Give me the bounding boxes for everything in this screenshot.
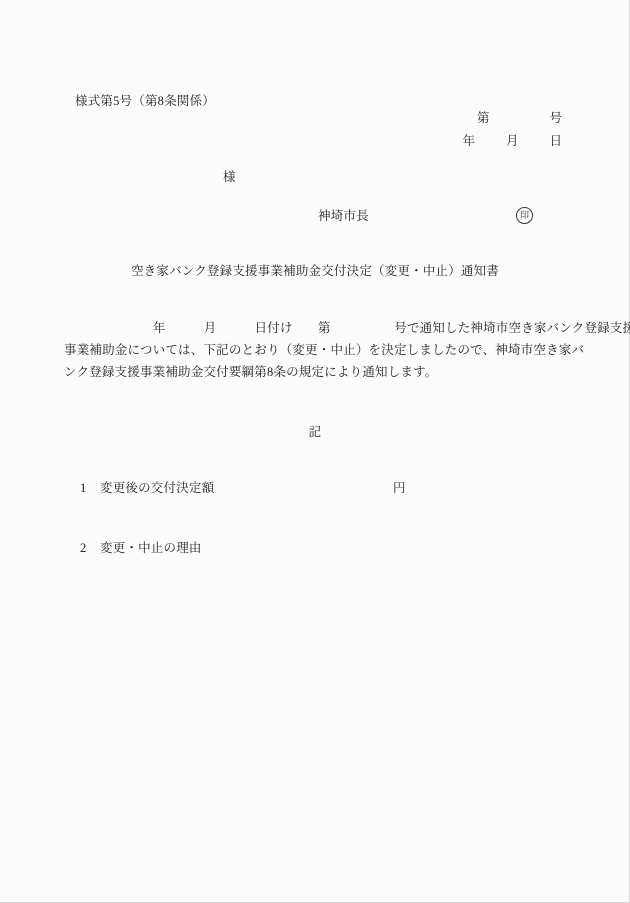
body-paragraph-line: 事業補助金については、下記のとおり（変更・中止）を決定しましたので、神埼市空き家… <box>64 342 584 358</box>
body-paragraph-line: 年 月 日付け 第 号で通知した神埼市空き家バンク登録支援 <box>64 320 630 336</box>
form-number-label: 様式第5号（第8条関係） <box>75 93 215 109</box>
item-number: 1 <box>80 480 86 496</box>
seal-mark-icon: 印 <box>516 207 533 224</box>
document-page: 様式第5号（第8条関係） 第 号 年 月 日 様 神埼市長 印 空き家バンク登録… <box>0 0 630 903</box>
item-label: 変更・中止の理由 <box>100 540 202 556</box>
document-date-line: 年 月 日 <box>462 133 564 149</box>
addressee-honorific: 様 <box>223 169 236 185</box>
body-paragraph-line: ンク登録支援事業補助金交付要綱第8条の規定により通知します。 <box>64 364 438 380</box>
document-number-line: 第 号 <box>477 110 564 126</box>
document-title: 空き家バンク登録支援事業補助金交付決定（変更・中止）通知書 <box>0 263 630 279</box>
sender-name: 神埼市長 <box>318 208 369 224</box>
record-marker: 記 <box>0 424 630 440</box>
currency-unit-label: 円 <box>393 480 406 496</box>
item-number: 2 <box>80 540 86 556</box>
item-label: 変更後の交付決定額 <box>100 480 214 496</box>
